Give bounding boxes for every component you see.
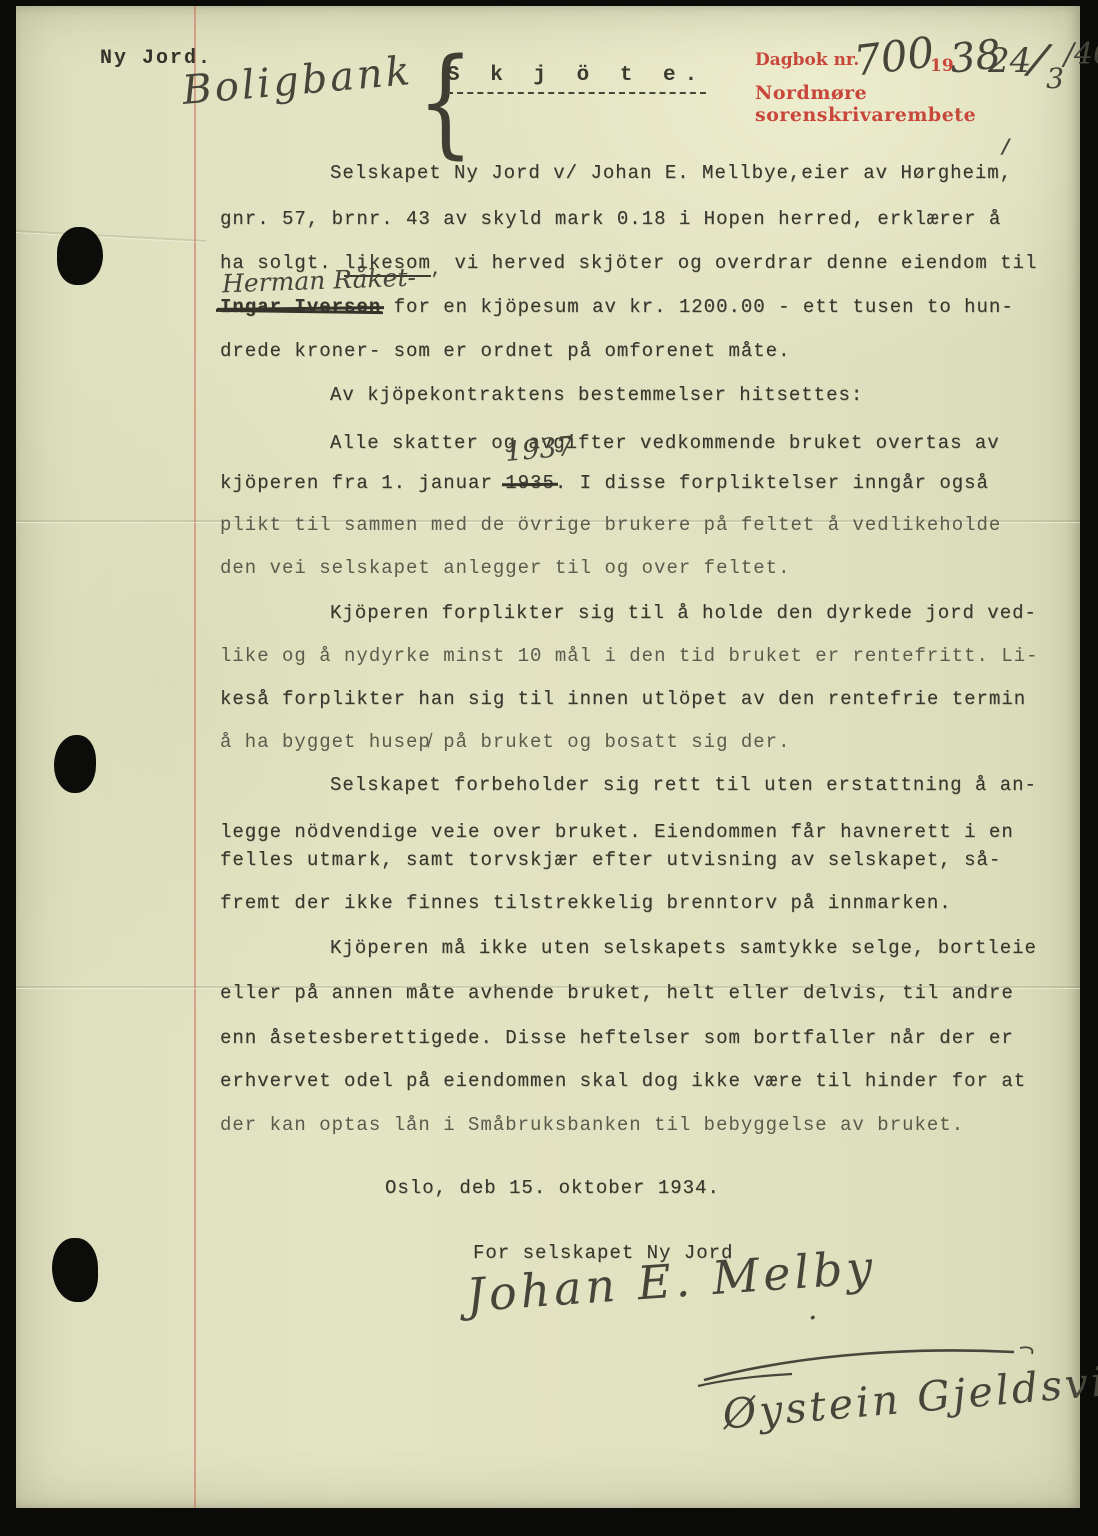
body-line: den vei selskapet anlegger til og over f… (220, 557, 791, 580)
body-line: Alle skatter og avgifter vedkommende bru… (330, 432, 1000, 455)
body-line: drede kroner- som er ordnet på omforenet… (220, 340, 791, 363)
body-line: Ingar Iversen for en kjöpesum av kr. 120… (220, 296, 1014, 319)
body-line: gnr. 57, brnr. 43 av skyld mark 0.18 i H… (220, 208, 1001, 231)
paper-sheet: Ny Jord. Boligbank { S k j ö t e. Dagbok… (16, 6, 1080, 1508)
body-line: fremt der ikke finnes tilstrekkelig bren… (220, 892, 952, 915)
stamp-date-day: 24 (988, 41, 1031, 81)
punch-hole (54, 735, 96, 793)
stamp-number-handwritten: 700 (851, 27, 937, 85)
body-line: å ha bygget husep̸ på bruket og bosatt s… (220, 731, 791, 754)
red-margin-line (194, 6, 196, 1508)
punch-hole (57, 227, 103, 285)
body-line: Selskapet forbeholder sig rett til uten … (330, 774, 1037, 797)
handwritten-note: Boligbank (180, 48, 414, 114)
body-line: Kjöperen må ikke uten selskapets samtykk… (330, 937, 1037, 960)
body-line: der kan optas lån i Småbruksbanken til b… (220, 1114, 964, 1137)
body-text: kjöperen fra 1. januar (220, 472, 505, 494)
body-line: felles utmark, samt torvskjær efter utvi… (220, 849, 1001, 872)
body-line: plikt til sammen med de övrige brukere p… (220, 514, 1001, 537)
dateline: Oslo, deb 15. oktober 1934. (385, 1177, 720, 1200)
body-line: eller på annen måte avhende bruket, helt… (220, 982, 1014, 1005)
stamp-date-handwritten: 24/3/40 (988, 32, 1098, 83)
stamp-office-name: Nordmøre sorenskrivarembete (755, 82, 1080, 126)
curly-brace: { (417, 42, 473, 160)
body-line: erhvervet odel på eiendommen skal dog ik… (220, 1070, 1026, 1093)
insertion-caret: , (431, 261, 442, 280)
handwritten-accent: / (1002, 134, 1009, 158)
body-line: legge nödvendige veie over bruket. Eiend… (220, 821, 1014, 844)
scanned-document-page: Ny Jord. Boligbank { S k j ö t e. Dagbok… (0, 0, 1098, 1536)
body-line: like og å nydyrke minst 10 mål i den tid… (220, 645, 1039, 668)
signature-period: . (808, 1292, 818, 1327)
body-text: vi herved skjöter og overdrar denne eien… (442, 252, 1037, 274)
body-line: Kjöperen forplikter sig til å holde den … (330, 602, 1037, 625)
handwritten-name-insert: Herman Råket- (222, 263, 417, 299)
document-title: S k j ö t e. (447, 64, 706, 94)
body-text: . I disse forpliktelser inngår også (555, 472, 989, 494)
body-line: enn åsetesberettigede. Disse heftelser s… (220, 1027, 1014, 1050)
body-line: Selskapet Ny Jord v/ Johan E. Mellbye,ei… (330, 162, 1012, 185)
stamp-date-year: /40 (1064, 37, 1098, 72)
body-line: keså forplikter han sig til innen utlöpe… (220, 688, 1026, 711)
fold-crease (16, 230, 206, 242)
body-line: Av kjöpekontraktens bestemmelser hitsett… (330, 384, 863, 407)
body-text: for en kjöpesum av kr. 1200.00 - ett tus… (381, 296, 1014, 318)
struck-name: Ingar Iversen (220, 296, 381, 319)
handwritten-year-insert: 1937 (504, 431, 575, 468)
body-line: kjöperen fra 1. januar 1935. I disse for… (220, 472, 989, 495)
struck-year: 1935 (505, 472, 555, 495)
stamp-dagbok-label: Dagbok nr. (755, 50, 859, 70)
punch-hole (52, 1238, 98, 1302)
